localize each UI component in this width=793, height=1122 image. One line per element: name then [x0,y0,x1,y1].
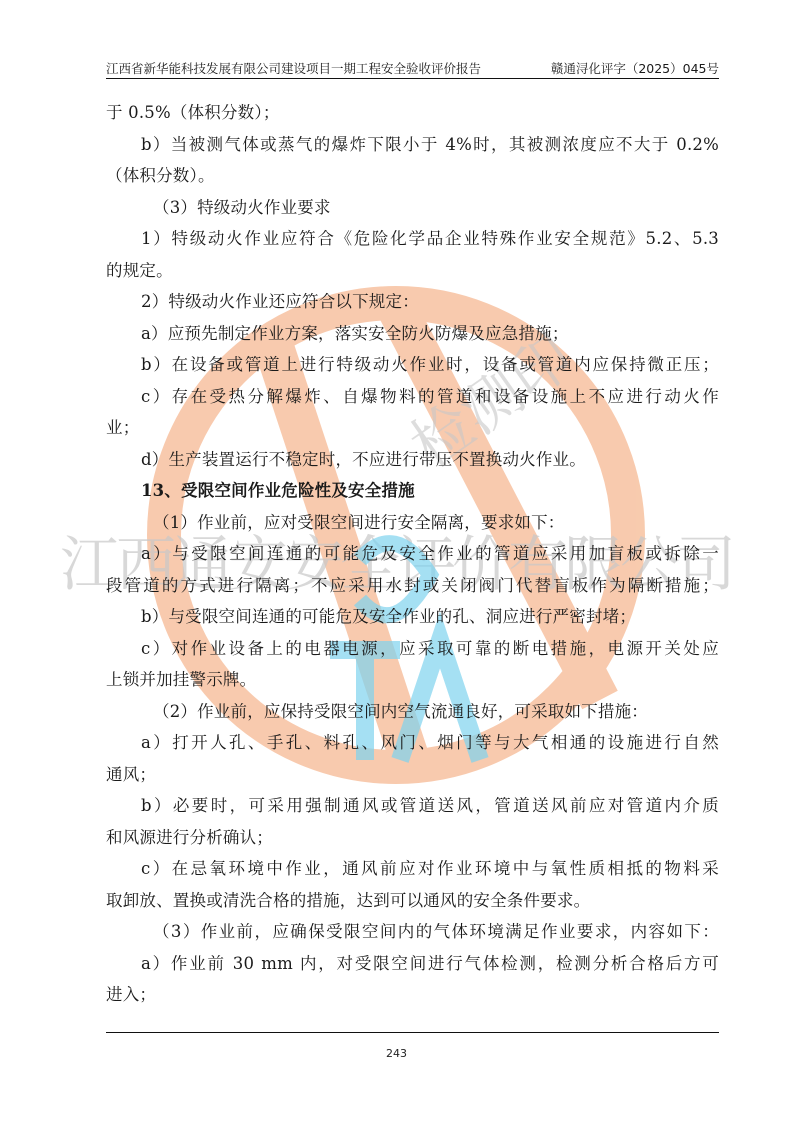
page-number: 243 [0,1047,793,1060]
paragraph-line: 段管道的方式进行隔离；不应采用水封或关闭阀门代替盲板作为隔断措施； [106,570,719,602]
paragraph-line: a）作业前 30 mm 内，对受限空间进行气体检测，检测分析合格后方可 [106,948,719,980]
paragraph-line: c）存在受热分解爆炸、自爆物料的管道和设备设施上不应进行动火作 [106,381,719,413]
paragraph-line: （3）作业前，应确保受限空间内的气体环境满足作业要求，内容如下： [106,916,719,948]
paragraph-line: a）与受限空间连通的可能危及安全作业的管道应采用加盲板或拆除一 [106,538,719,570]
paragraph-line: c）对作业设备上的电器电源，应采取可靠的断电措施，电源开关处应 [106,633,719,665]
paragraph-line: c）在忌氧环境中作业，通风前应对作业环境中与氧性质相抵的物料采 [106,853,719,885]
paragraph-line: a）打开人孔、手孔、料孔、风门、烟门等与大气相通的设施进行自然 [106,727,719,759]
paragraph-line: （2）作业前，应保持受限空间内空气流通良好，可采取如下措施： [106,696,719,728]
paragraph-line: b）必要时，可采用强制通风或管道送风，管道送风前应对管道内介质 [106,790,719,822]
paragraph-line: （3）特级动火作业要求 [106,192,719,224]
document-body: 于 0.5%（体积分数）；b）当被测气体或蒸气的爆炸下限小于 4%时，其被测浓度… [106,97,719,1011]
section-heading: 13、受限空间作业危险性及安全措施 [106,475,719,507]
paragraph-line: （1）作业前，应对受限空间进行安全隔离，要求如下： [106,507,719,539]
report-title: 江西省新华能科技发展有限公司建设项目一期工程安全验收评价报告 [106,61,481,77]
paragraph-line: 取卸放、置换或清洗合格的措施，达到可以通风的安全条件要求。 [106,885,719,917]
paragraph-line: 业； [106,412,719,444]
paragraph-line: 的规定。 [106,255,719,287]
document-number: 赣通浔化评字（2025）045号 [551,61,719,77]
paragraph-line: b）当被测气体或蒸气的爆炸下限小于 4%时，其被测浓度应不大于 0.2% [106,129,719,161]
paragraph-line: 进入； [106,979,719,1011]
paragraph-line: 通风； [106,759,719,791]
paragraph-line: b）在设备或管道上进行特级动火作业时，设备或管道内应保持微正压； [106,349,719,381]
paragraph-line: 1）特级动火作业应符合《危险化学品企业特殊作业安全规范》5.2、5.3 [106,223,719,255]
paragraph-line: 和风源进行分析确认； [106,822,719,854]
paragraph-line: a）应预先制定作业方案，落实安全防火防爆及应急措施； [106,318,719,350]
footer-divider [106,1032,719,1033]
paragraph-line: 上锁并加挂警示牌。 [106,664,719,696]
paragraph-line: （体积分数）。 [106,160,719,192]
paragraph-line: d）生产装置运行不稳定时，不应进行带压不置换动火作业。 [106,444,719,476]
paragraph-line: 2）特级动火作业还应符合以下规定： [106,286,719,318]
page-header: 江西省新华能科技发展有限公司建设项目一期工程安全验收评价报告 赣通浔化评字（20… [106,60,719,79]
paragraph-line: b）与受限空间连通的可能危及安全作业的孔、洞应进行严密封堵； [106,601,719,633]
paragraph-line: 于 0.5%（体积分数）； [106,97,719,129]
